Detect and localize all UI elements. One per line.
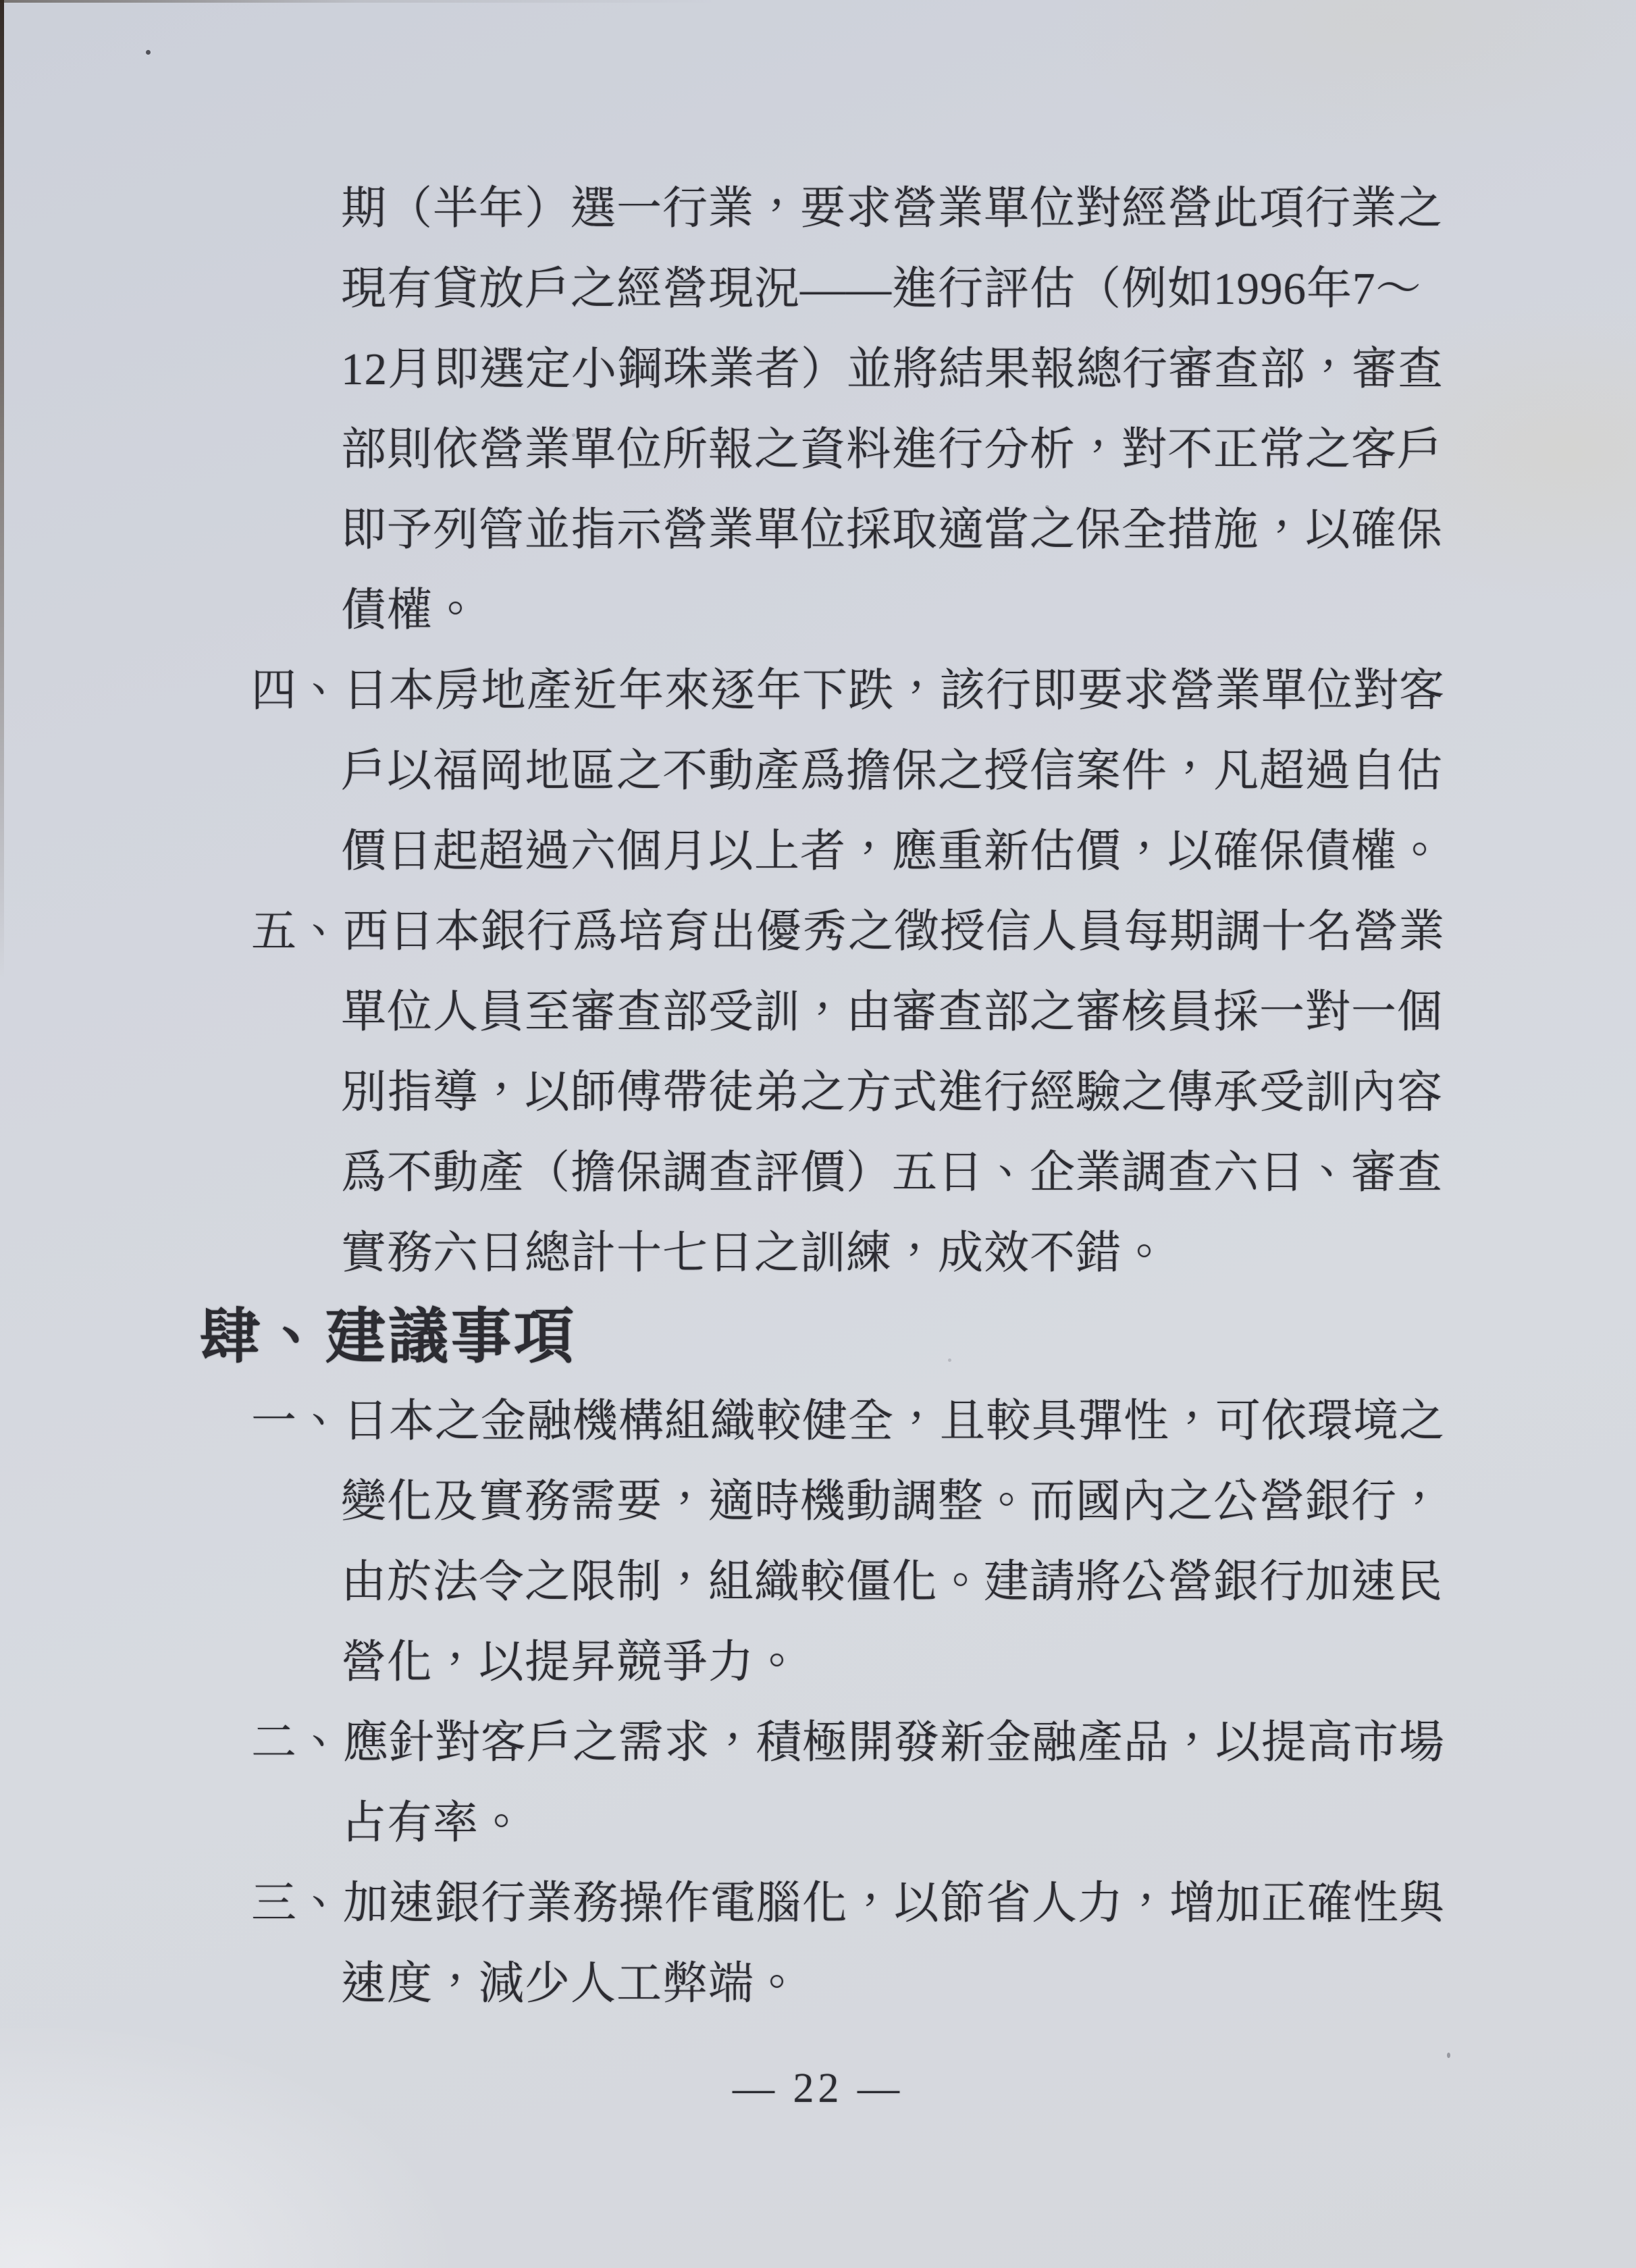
text-line: 單位人員至審查部受訓，由審查部之審核員採一對一個: [0, 972, 1636, 1053]
scan-edge-artifact: [0, 0, 900, 3]
list-item-line: 五、西日本銀行爲培育出優秀之徵授信人員每期調十名營業: [0, 892, 1636, 972]
text-line: 戶以福岡地區之不動產爲擔保之授信案件，凡超過自估: [0, 731, 1636, 812]
text-line: 速度，減少人工弊端。: [0, 1944, 1636, 2024]
text-line: 別指導，以師傅帶徒弟之方式進行經驗之傳承受訓內容: [0, 1053, 1636, 1133]
text-line: 營化，以提昇競爭力。: [0, 1623, 1636, 1703]
text-line: 現有貸放戶之經營現況——進行評估（例如1996年7～: [0, 249, 1636, 329]
page-number-label: — 22 —: [733, 2065, 903, 2111]
scanned-page: 期（半年）選一行業，要求營業單位對經營此項行業之現有貸放戶之經營現況——進行評估…: [0, 0, 1636, 2268]
paper-speck: [146, 50, 151, 55]
list-item-line: 三、加速銀行業務操作電腦化，以節省人力，增加正確性與: [0, 1864, 1636, 1944]
text-line: 即予列管並指示營業單位採取適當之保全措施，以確保: [0, 490, 1636, 571]
list-item-line: 一、日本之金融機構組織較健全，且較具彈性，可依環境之: [0, 1381, 1636, 1462]
page-number: — 22 —: [0, 2065, 1636, 2113]
text-line: 債權。: [0, 571, 1636, 651]
text-line: 期（半年）選一行業，要求營業單位對經營此項行業之: [0, 169, 1636, 249]
text-line: 價日起超過六個月以上者，應重新估價，以確保債權。: [0, 812, 1636, 892]
text-line: 爲不動產（擔保調查評價）五日、企業調查六日、審查: [0, 1133, 1636, 1213]
text-line: 實務六日總計十七日之訓練，成效不錯。: [0, 1213, 1636, 1294]
list-item-line: 二、應針對客戶之需求，積極開發新金融產品，以提高市場: [0, 1703, 1636, 1783]
paper-speck: [1447, 2053, 1450, 2058]
text-line: 占有率。: [0, 1783, 1636, 1864]
section-heading: 肆、建議事項: [0, 1294, 1636, 1381]
document-text-block: 期（半年）選一行業，要求營業單位對經營此項行業之現有貸放戶之經營現況——進行評估…: [0, 169, 1636, 2024]
list-item-line: 四、日本房地產近年來逐年下跌，該行即要求營業單位對客: [0, 651, 1636, 731]
text-line: 部則依營業單位所報之資料進行分析，對不正常之客戶: [0, 410, 1636, 490]
text-line: 變化及實務需要，適時機動調整。而國內之公營銀行，: [0, 1462, 1636, 1542]
text-line: 12月即選定小鋼珠業者）並將結果報總行審查部，審查: [0, 329, 1636, 410]
text-line: 由於法令之限制，組織較僵化。建請將公營銀行加速民: [0, 1542, 1636, 1623]
